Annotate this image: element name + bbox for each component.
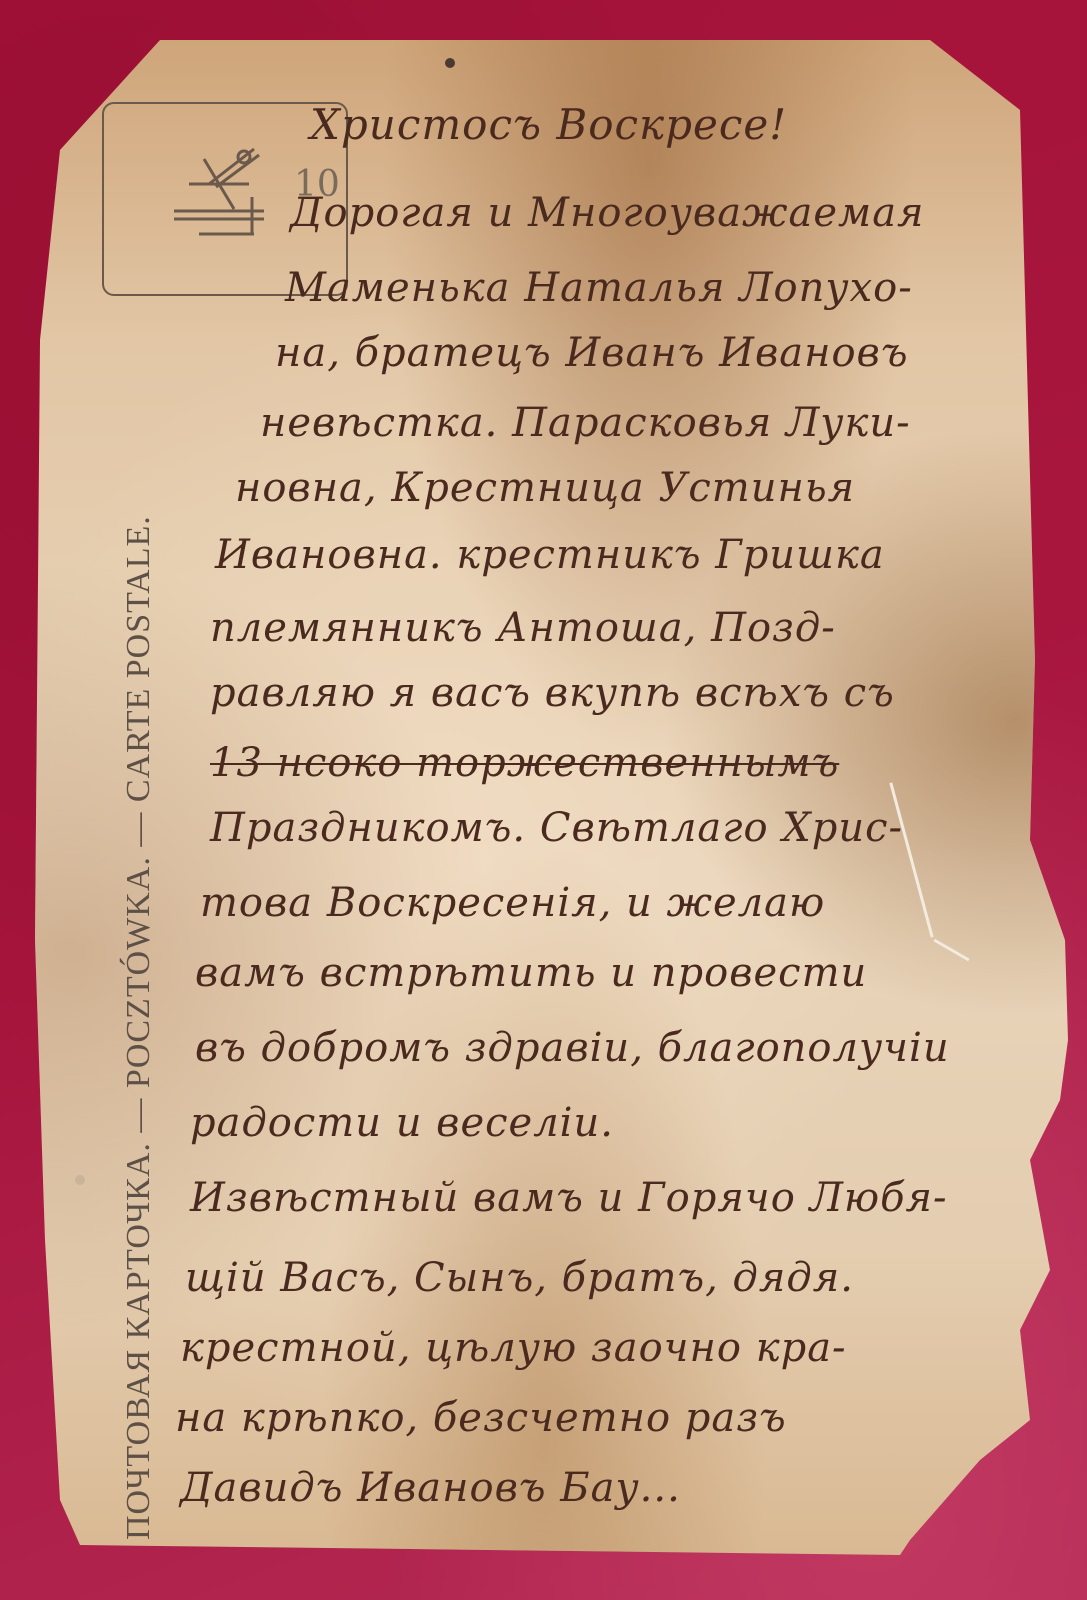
letter-line: Маменька Наталья Лопухо-: [285, 265, 913, 311]
pin-hole: [445, 58, 455, 68]
letter-signature: Давидъ Ивановъ Бау...: [180, 1465, 681, 1511]
letter-line: вамъ встрѣтить и провести: [195, 950, 867, 996]
letter-line: това Воскресенія, и желаю: [200, 880, 825, 926]
letter-line: Ивановна. крестникъ Гришка: [215, 532, 885, 578]
paper-crack: [889, 782, 933, 937]
letter-line: равляю я васъ вкупѣ всѣхъ съ: [210, 670, 895, 716]
postage-stamp-placeholder-icon: [164, 139, 284, 249]
letter-line-struck: 13 нсоко торжественнымъ: [210, 740, 839, 786]
letter-line: Праздникомъ. Свѣтлаго Хрис-: [210, 805, 903, 851]
postcard: 10 ПОЧТОВАЯ КАРТОЧКА. — POCZTÓWKA. — CAR…: [20, 40, 1068, 1555]
printed-header: ПОЧТОВАЯ КАРТОЧКА. — POCZTÓWKA. — CARTE …: [120, 380, 158, 1540]
letter-line: Извѣстный вамъ и Горячо Любя-: [190, 1175, 948, 1221]
letter-line: на крѣпко, безсчетно разъ: [175, 1395, 787, 1441]
letter-line: щій Васъ, Сынъ, братъ, дядя.: [185, 1255, 854, 1301]
letter-line: племянникъ Антоша, Позд-: [210, 605, 836, 651]
pin-hole: [75, 1175, 85, 1185]
letter-line: Дорогая и Многоуважаемая: [290, 190, 925, 236]
letter-line: радости и веселіи.: [190, 1100, 614, 1146]
paper-crack: [933, 939, 969, 962]
letter-line: крестной, цѣлую заочно кра-: [180, 1325, 847, 1371]
letter-line: невѣстка. Парасковья Луки-: [260, 400, 911, 446]
letter-greeting: Христосъ Воскресе!: [310, 100, 787, 149]
letter-line: новна, Крестница Устинья: [235, 465, 855, 511]
letter-line: въ добромъ здравіи, благополучіи: [195, 1025, 950, 1071]
letter-line: на, братецъ Иванъ Ивановъ: [275, 330, 909, 376]
